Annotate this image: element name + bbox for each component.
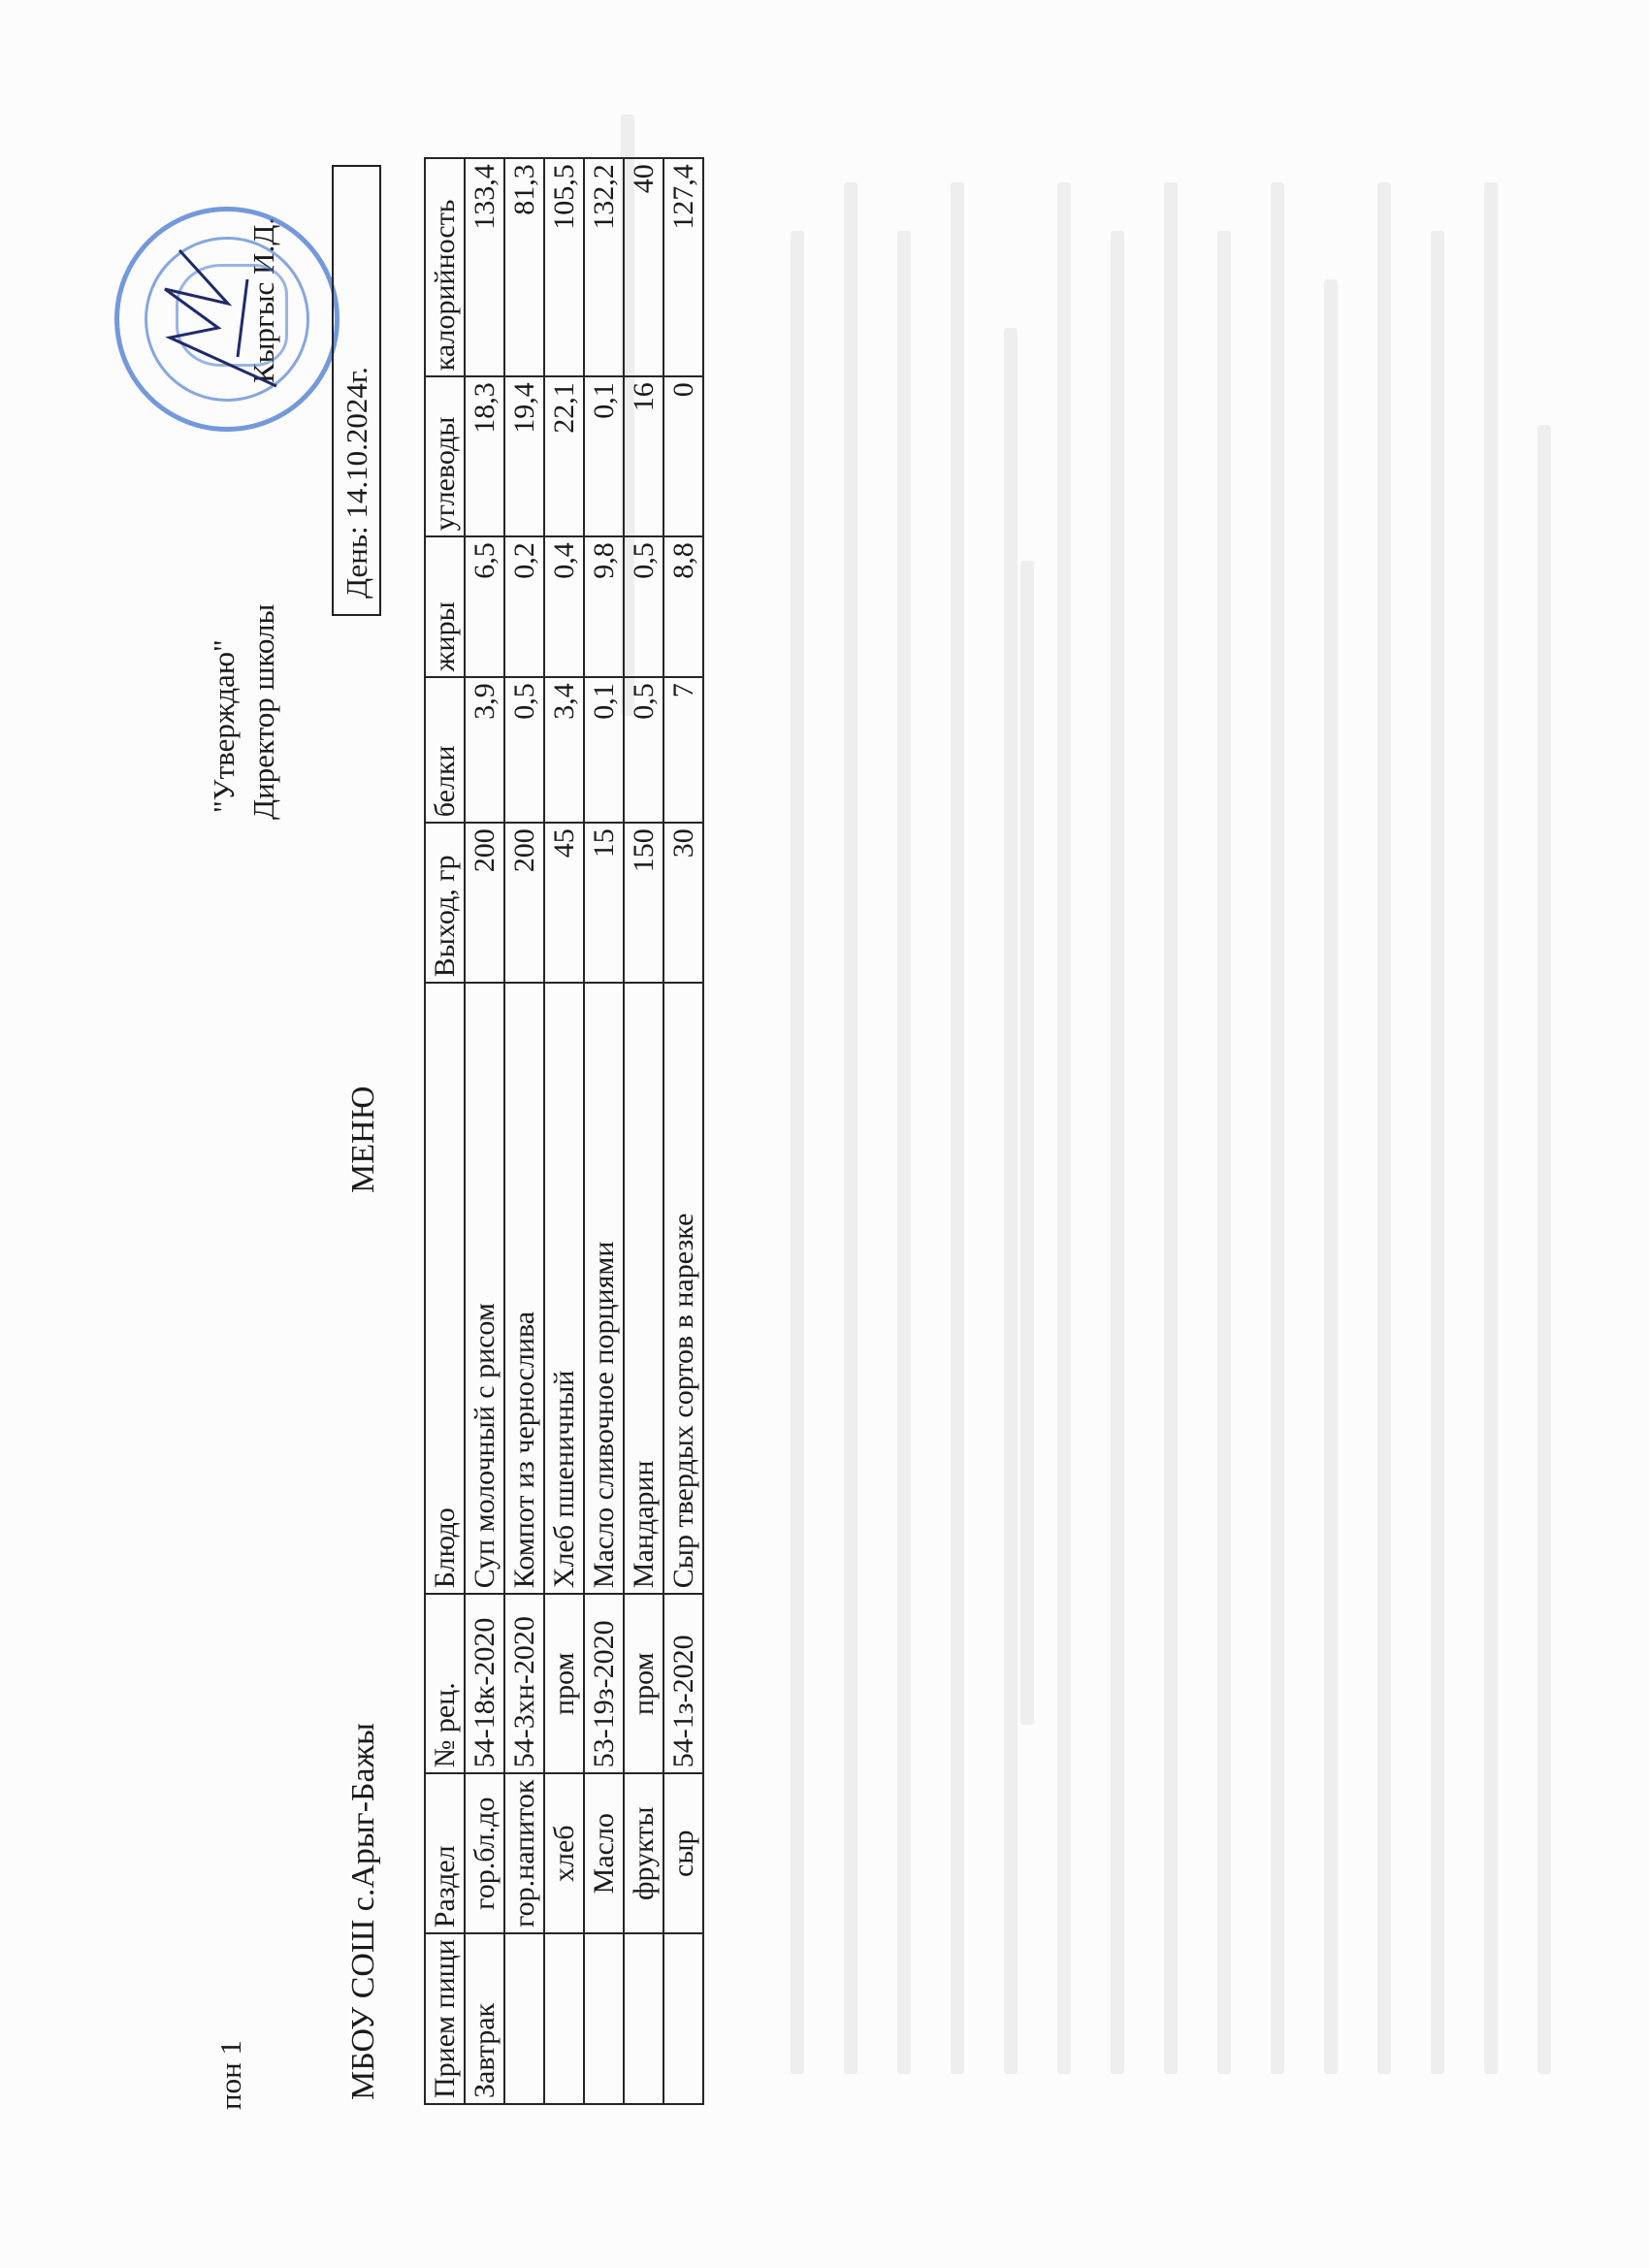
protein-cell: 0,1 <box>584 677 624 823</box>
recipe-cell: 54-1з-2020 <box>663 1594 703 1773</box>
yield-cell: 45 <box>544 823 584 983</box>
dish-cell: Суп молочный с рисом <box>465 983 504 1594</box>
table-header-row: Прием пищиРаздел№ рец.БлюдоВыход, грбелк… <box>425 158 465 2104</box>
meal-cell: Завтрак <box>465 1933 504 2104</box>
yield-cell: 30 <box>663 823 703 983</box>
dish-cell: Компот из чернослива <box>504 983 544 1594</box>
page-title: МЕНЮ <box>347 1086 380 1194</box>
fat-cell: 9,8 <box>584 536 624 677</box>
handwritten-signature-icon <box>160 241 286 396</box>
fat-cell: 0,2 <box>504 536 544 677</box>
day-date-label: День: 14.10.2024г. <box>339 367 374 599</box>
recipe-cell: пром <box>544 1594 584 1773</box>
dish-cell: Мандарин <box>624 983 663 1594</box>
column-header: калорийность <box>425 158 465 376</box>
director-position: Директор школы <box>248 604 278 820</box>
table-row: сыр54-1з-2020Сыр твердых сортов в нарезк… <box>663 158 703 2104</box>
section-cell: фрукты <box>624 1773 663 1933</box>
yield-cell: 200 <box>504 823 544 983</box>
protein-cell: 0,5 <box>624 677 663 823</box>
column-header: № рец. <box>425 1594 465 1773</box>
fat-cell: 0,5 <box>624 536 663 677</box>
protein-cell: 0,5 <box>504 677 544 823</box>
table-row: фруктыпромМандарин1500,50,51640 <box>624 158 663 2104</box>
column-header: Выход, гр <box>425 823 465 983</box>
table-row: Масло53-19з-2020Масло сливочное порциями… <box>584 158 624 2104</box>
dish-cell: Хлеб пшеничный <box>544 983 584 1594</box>
calories-cell: 127,4 <box>663 158 703 376</box>
carbs-cell: 0 <box>663 376 703 536</box>
column-header: белки <box>425 677 465 823</box>
section-cell: сыр <box>663 1773 703 1933</box>
column-header: Блюдо <box>425 983 465 1594</box>
carbs-cell: 0,1 <box>584 376 624 536</box>
section-cell: гор.бл.до <box>465 1773 504 1933</box>
protein-cell: 7 <box>663 677 703 823</box>
carbs-cell: 19,4 <box>504 376 544 536</box>
calories-cell: 132,2 <box>584 158 624 376</box>
meal-cell <box>544 1933 584 2104</box>
column-header: Раздел <box>425 1773 465 1933</box>
table-row: гор.напиток54-3хн-2020Компот из черносли… <box>504 158 544 2104</box>
protein-cell: 3,4 <box>544 677 584 823</box>
meal-cell <box>663 1933 703 2104</box>
carbs-cell: 18,3 <box>465 376 504 536</box>
dish-cell: Масло сливочное порциями <box>584 983 624 1594</box>
school-name: МБОУ СОШ с.Арыг-Бажы <box>347 1723 380 2100</box>
recipe-cell: 53-19з-2020 <box>584 1594 624 1773</box>
calories-cell: 81,3 <box>504 158 544 376</box>
fat-cell: 6,5 <box>465 536 504 677</box>
section-cell: Масло <box>584 1773 624 1933</box>
day-date-box: День: 14.10.2024г. <box>332 165 381 616</box>
column-header: жиры <box>425 536 465 677</box>
yield-cell: 200 <box>465 823 504 983</box>
recipe-cell: 54-18к-2020 <box>465 1594 504 1773</box>
protein-cell: 3,9 <box>465 677 504 823</box>
page-marker: пон 1 <box>215 2040 245 2110</box>
column-header: углеводы <box>425 376 465 536</box>
calories-cell: 105,5 <box>544 158 584 376</box>
fat-cell: 0,4 <box>544 536 584 677</box>
section-cell: хлеб <box>544 1773 584 1933</box>
meal-cell <box>584 1933 624 2104</box>
carbs-cell: 22,1 <box>544 376 584 536</box>
rotated-document-page: "Утверждаю" Директор школы Кыргыс И.Д. Д… <box>0 0 1649 2268</box>
table-row: хлебпромХлеб пшеничный453,40,422,1105,5 <box>544 158 584 2104</box>
meal-cell <box>624 1933 663 2104</box>
fat-cell: 8,8 <box>663 536 703 677</box>
column-header: Прием пищи <box>425 1933 465 2104</box>
yield-cell: 15 <box>584 823 624 983</box>
dish-cell: Сыр твердых сортов в нарезке <box>663 983 703 1594</box>
recipe-cell: пром <box>624 1594 663 1773</box>
recipe-cell: 54-3хн-2020 <box>504 1594 544 1773</box>
carbs-cell: 16 <box>624 376 663 536</box>
section-cell: гор.напиток <box>504 1773 544 1933</box>
table-row: Завтракгор.бл.до54-18к-2020Суп молочный … <box>465 158 504 2104</box>
approved-label: "Утверждаю" <box>209 639 239 813</box>
yield-cell: 150 <box>624 823 663 983</box>
calories-cell: 133,4 <box>465 158 504 376</box>
menu-table: Прием пищиРаздел№ рец.БлюдоВыход, грбелк… <box>424 157 704 2105</box>
calories-cell: 40 <box>624 158 663 376</box>
meal-cell <box>504 1933 544 2104</box>
